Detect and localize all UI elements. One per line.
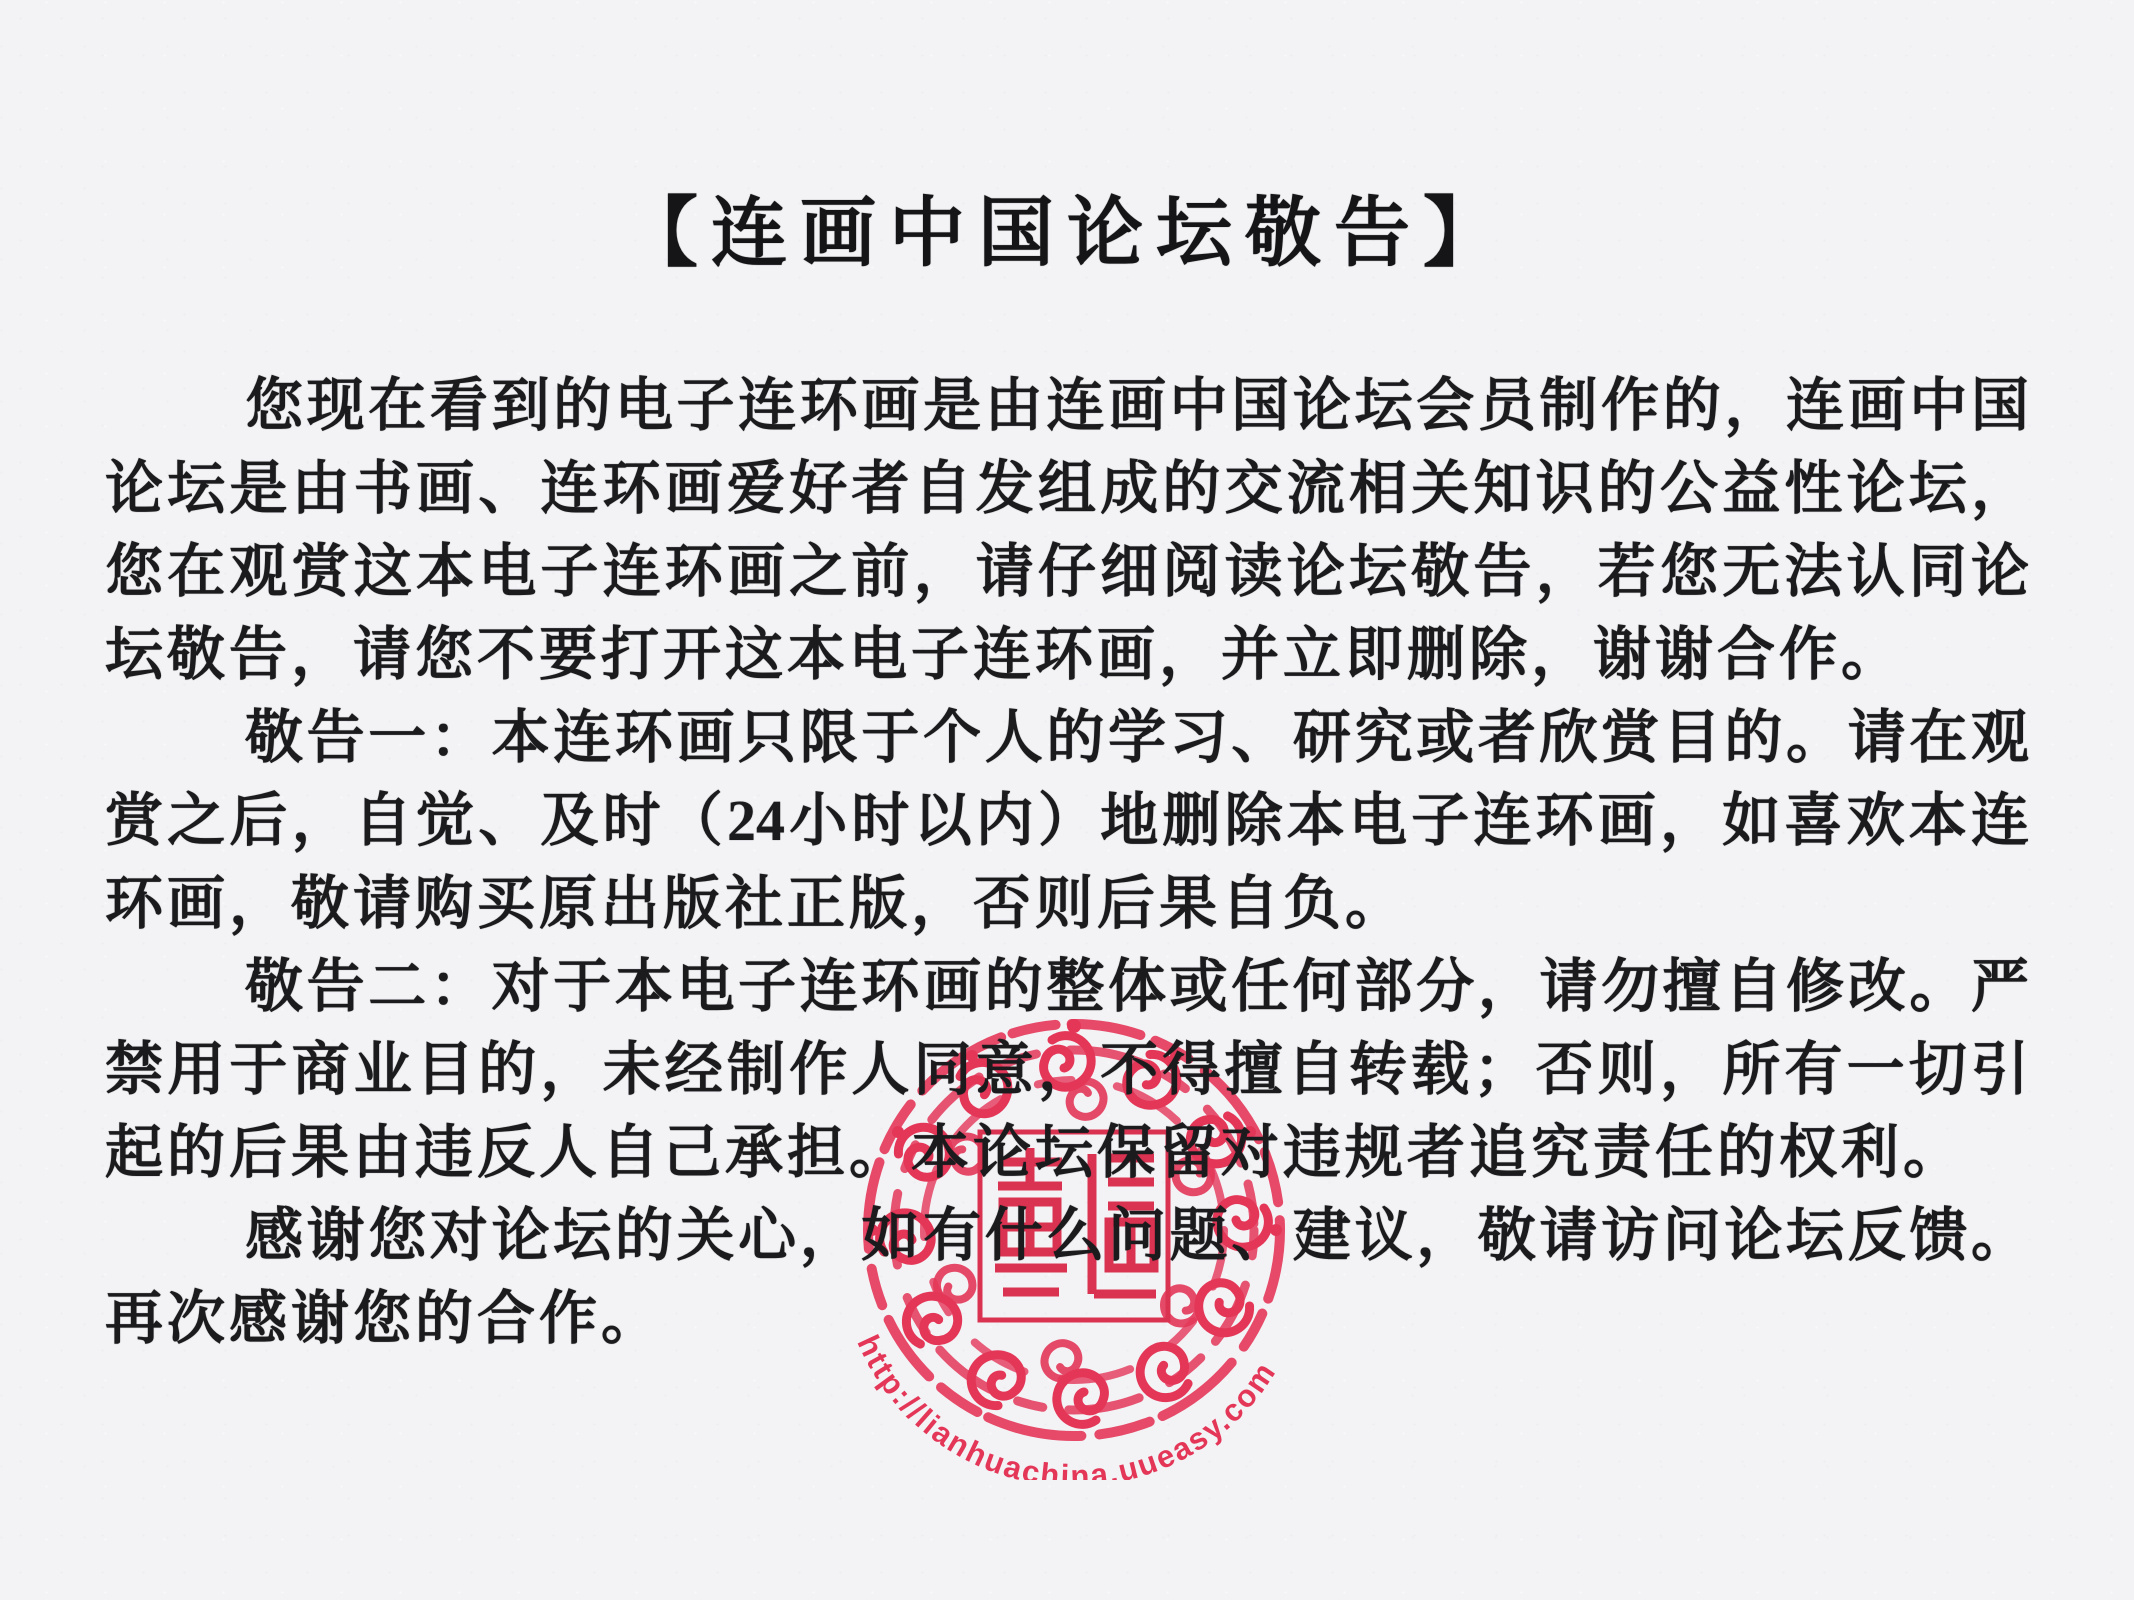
notice-line: 论坛是由书画、连环画爱好者自发组成的交流相关知识的公益性论坛， bbox=[105, 447, 2029, 530]
notice-line: 环画，敬请购买原出版社正版，否则后果自负。 bbox=[105, 862, 2029, 945]
notice-body: 您现在看到的电子连环画是由连画中国论坛会员制作的，连画中国 论坛是由书画、连环画… bbox=[105, 364, 2029, 1360]
notice-line: 感谢您对论坛的关心，如有什么问题、建议，敬请访问论坛反馈。 bbox=[105, 1194, 2029, 1277]
notice-line: 敬告一：本连环画只限于个人的学习、研究或者欣赏目的。请在观 bbox=[105, 696, 2029, 779]
notice-title: 【连画中国论坛敬告】 bbox=[0, 0, 2134, 272]
notice-line: 您在观赏这本电子连环画之前，请仔细阅读论坛敬告，若您无法认同论 bbox=[105, 530, 2029, 613]
notice-line: 您现在看到的电子连环画是由连画中国论坛会员制作的，连画中国 bbox=[105, 364, 2029, 447]
notice-line: 再次感谢您的合作。 bbox=[105, 1277, 2029, 1360]
notice-line: 起的后果由违反人自己承担。本论坛保留对违规者追究责任的权利。 bbox=[105, 1111, 2029, 1194]
notice-line: 赏之后，自觉、及时（24小时以内）地删除本电子连环画，如喜欢本连 bbox=[105, 779, 2029, 862]
notice-line: 禁用于商业目的，未经制作人同意，不得擅自转载；否则，所有一切引 bbox=[105, 1028, 2029, 1111]
scanned-notice-page: 【连画中国论坛敬告】 您现在看到的电子连环画是由连画中国论坛会员制作的，连画中国… bbox=[0, 0, 2134, 1600]
notice-line: 坛敬告，请您不要打开这本电子连环画，并立即删除，谢谢合作。 bbox=[105, 613, 2029, 696]
notice-line: 敬告二：对于本电子连环画的整体或任何部分，请勿擅自修改。严 bbox=[105, 945, 2029, 1028]
